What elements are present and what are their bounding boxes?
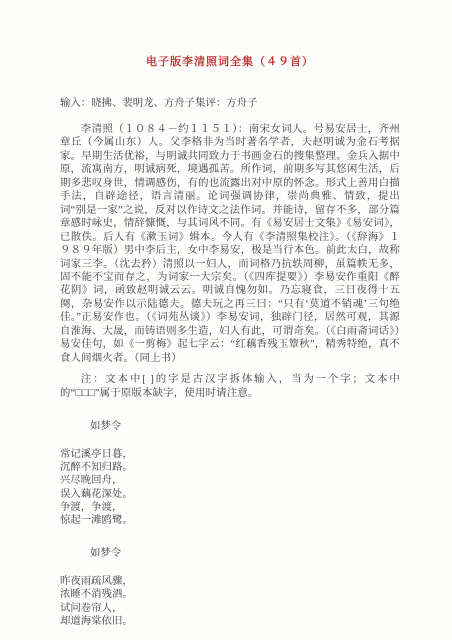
poem-body: 昨夜雨疏风骤，浓睡不消残酒。试问卷帘人，却道海棠依旧。	[60, 575, 400, 628]
credits-line: 输入：晓拂、裴明龙、方舟子集评：方舟子	[60, 97, 400, 110]
poem-line: 常记溪亭日暮，	[60, 448, 400, 461]
document-page: 电子版李清照词全集（４９首） 输入：晓拂、裴明龙、方舟子集评：方舟子 李清照（１…	[0, 0, 452, 640]
poem-section-2: 如梦令 昨夜雨疏风骤，浓睡不消残酒。试问卷帘人，却道海棠依旧。	[60, 547, 400, 628]
poem-line: 惊起一滩鸥鹭。	[60, 514, 400, 527]
poem-line: 试问卷帘人，	[60, 602, 400, 615]
poem-line: 争渡，争渡，	[60, 501, 400, 514]
poem-line: 昨夜雨疏风骤，	[60, 575, 400, 588]
document-title: 电子版李清照词全集（４９首）	[60, 55, 400, 69]
poem-line: 浓睡不消残酒。	[60, 588, 400, 601]
poem-line: 兴尽晚回舟，	[60, 474, 400, 487]
poem-body: 常记溪亭日暮，沉醉不知归路。兴尽晚回舟，误入藕花深处。争渡，争渡，惊起一滩鸥鹭。	[60, 448, 400, 527]
poem-line: 误入藕花深处。	[60, 488, 400, 501]
poem-title: 如梦令	[90, 420, 400, 433]
document-content: 电子版李清照词全集（４９首） 输入：晓拂、裴明龙、方舟子集评：方舟子 李清照（１…	[60, 0, 400, 628]
note-paragraph: 注：文本中[ ]的字是古汉字拆体输入，当为一个字；文本中的“□□□”属于原版本缺…	[60, 373, 400, 400]
poem-line: 却道海棠依旧。	[60, 615, 400, 628]
biography-paragraph: 李清照（１０８４－约１１５１）：南宋女词人。号易安居士，齐州章丘（今属山东）人。…	[60, 123, 400, 365]
poem-section-1: 如梦令 常记溪亭日暮，沉醉不知归路。兴尽晚回舟，误入藕花深处。争渡，争渡，惊起一…	[60, 420, 400, 527]
poem-title: 如梦令	[90, 547, 400, 560]
poem-line: 沉醉不知归路。	[60, 461, 400, 474]
